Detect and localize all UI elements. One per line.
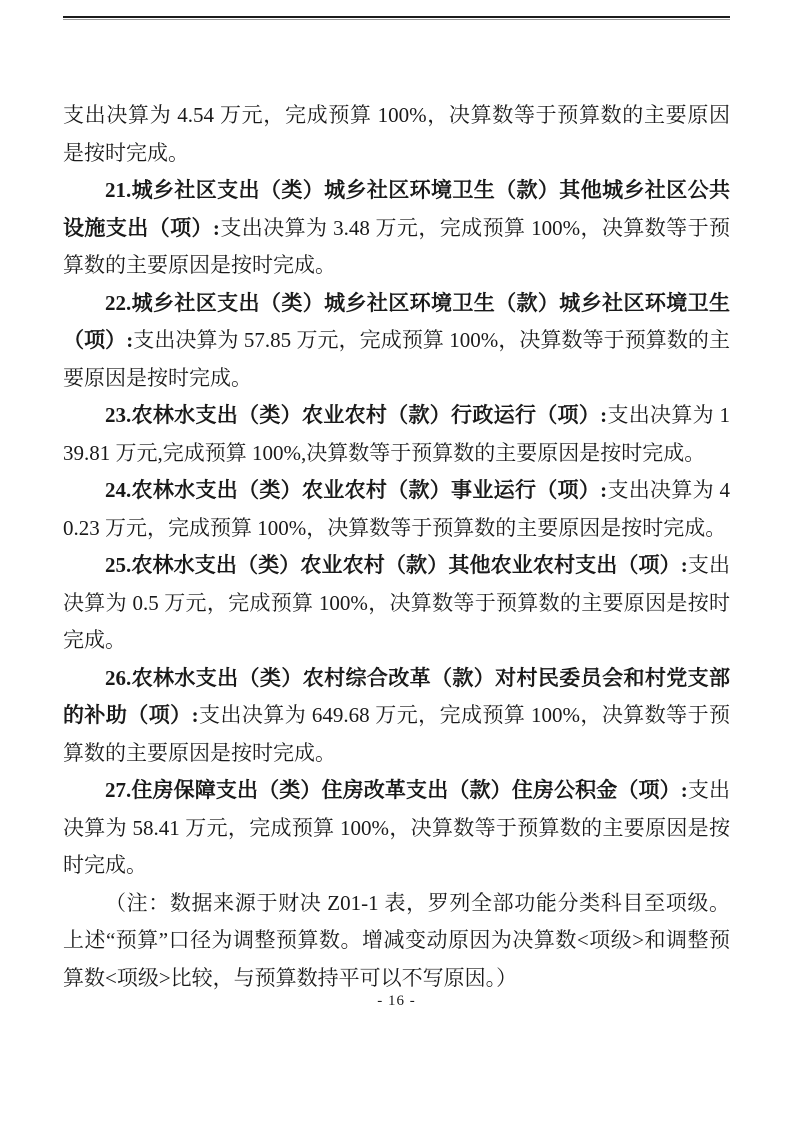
page-number: - 16 - bbox=[0, 993, 793, 1010]
paragraph-item-21: 21.城乡社区支出（类）城乡社区环境卫生（款）其他城乡社区公共设施支出（项）:支… bbox=[63, 172, 730, 285]
paragraph-item-25: 25.农林水支出（类）农业农村（款）其他农业农村支出（项）:支出决算为 0.5 … bbox=[63, 547, 730, 660]
paragraph-text: （注：数据来源于财决 Z01-1 表，罗列全部功能分类科目至项级。上述“预算”口… bbox=[63, 891, 730, 990]
paragraph-lead: 23.农林水支出（类）农业农村（款）行政运行（项）: bbox=[105, 403, 607, 427]
document-page: 支出决算为 4.54 万元，完成预算 100%，决算数等于预算数的主要原因是按时… bbox=[0, 0, 793, 1122]
paragraph-item-22: 22.城乡社区支出（类）城乡社区环境卫生（款）城乡社区环境卫生（项）:支出决算为… bbox=[63, 285, 730, 398]
paragraph-lead: 27.住房保障支出（类）住房改革支出（款）住房公积金（项）: bbox=[105, 778, 688, 802]
paragraph-item-27: 27.住房保障支出（类）住房改革支出（款）住房公积金（项）:支出决算为 58.4… bbox=[63, 772, 730, 885]
document-body: 支出决算为 4.54 万元，完成预算 100%，决算数等于预算数的主要原因是按时… bbox=[63, 97, 730, 997]
header-rule bbox=[63, 16, 730, 20]
paragraph-item-24: 24.农林水支出（类）农业农村（款）事业运行（项）:支出决算为 40.23 万元… bbox=[63, 472, 730, 547]
paragraph-text: 支出决算为 57.85 万元，完成预算 100%，决算数等于预算数的主要原因是按… bbox=[63, 328, 730, 390]
paragraph-text: 支出决算为 4.54 万元，完成预算 100%，决算数等于预算数的主要原因是按时… bbox=[63, 103, 730, 165]
paragraph-note: （注：数据来源于财决 Z01-1 表，罗列全部功能分类科目至项级。上述“预算”口… bbox=[63, 885, 730, 998]
paragraph-continuation: 支出决算为 4.54 万元，完成预算 100%，决算数等于预算数的主要原因是按时… bbox=[63, 97, 730, 172]
paragraph-item-23: 23.农林水支出（类）农业农村（款）行政运行（项）:支出决算为 139.81 万… bbox=[63, 397, 730, 472]
paragraph-lead: 24.农林水支出（类）农业农村（款）事业运行（项）: bbox=[105, 478, 607, 502]
paragraph-lead: 25.农林水支出（类）农业农村（款）其他农业农村支出（项）: bbox=[105, 553, 688, 577]
paragraph-item-26: 26.农林水支出（类）农村综合改革（款）对村民委员会和村党支部的补助（项）:支出… bbox=[63, 660, 730, 773]
